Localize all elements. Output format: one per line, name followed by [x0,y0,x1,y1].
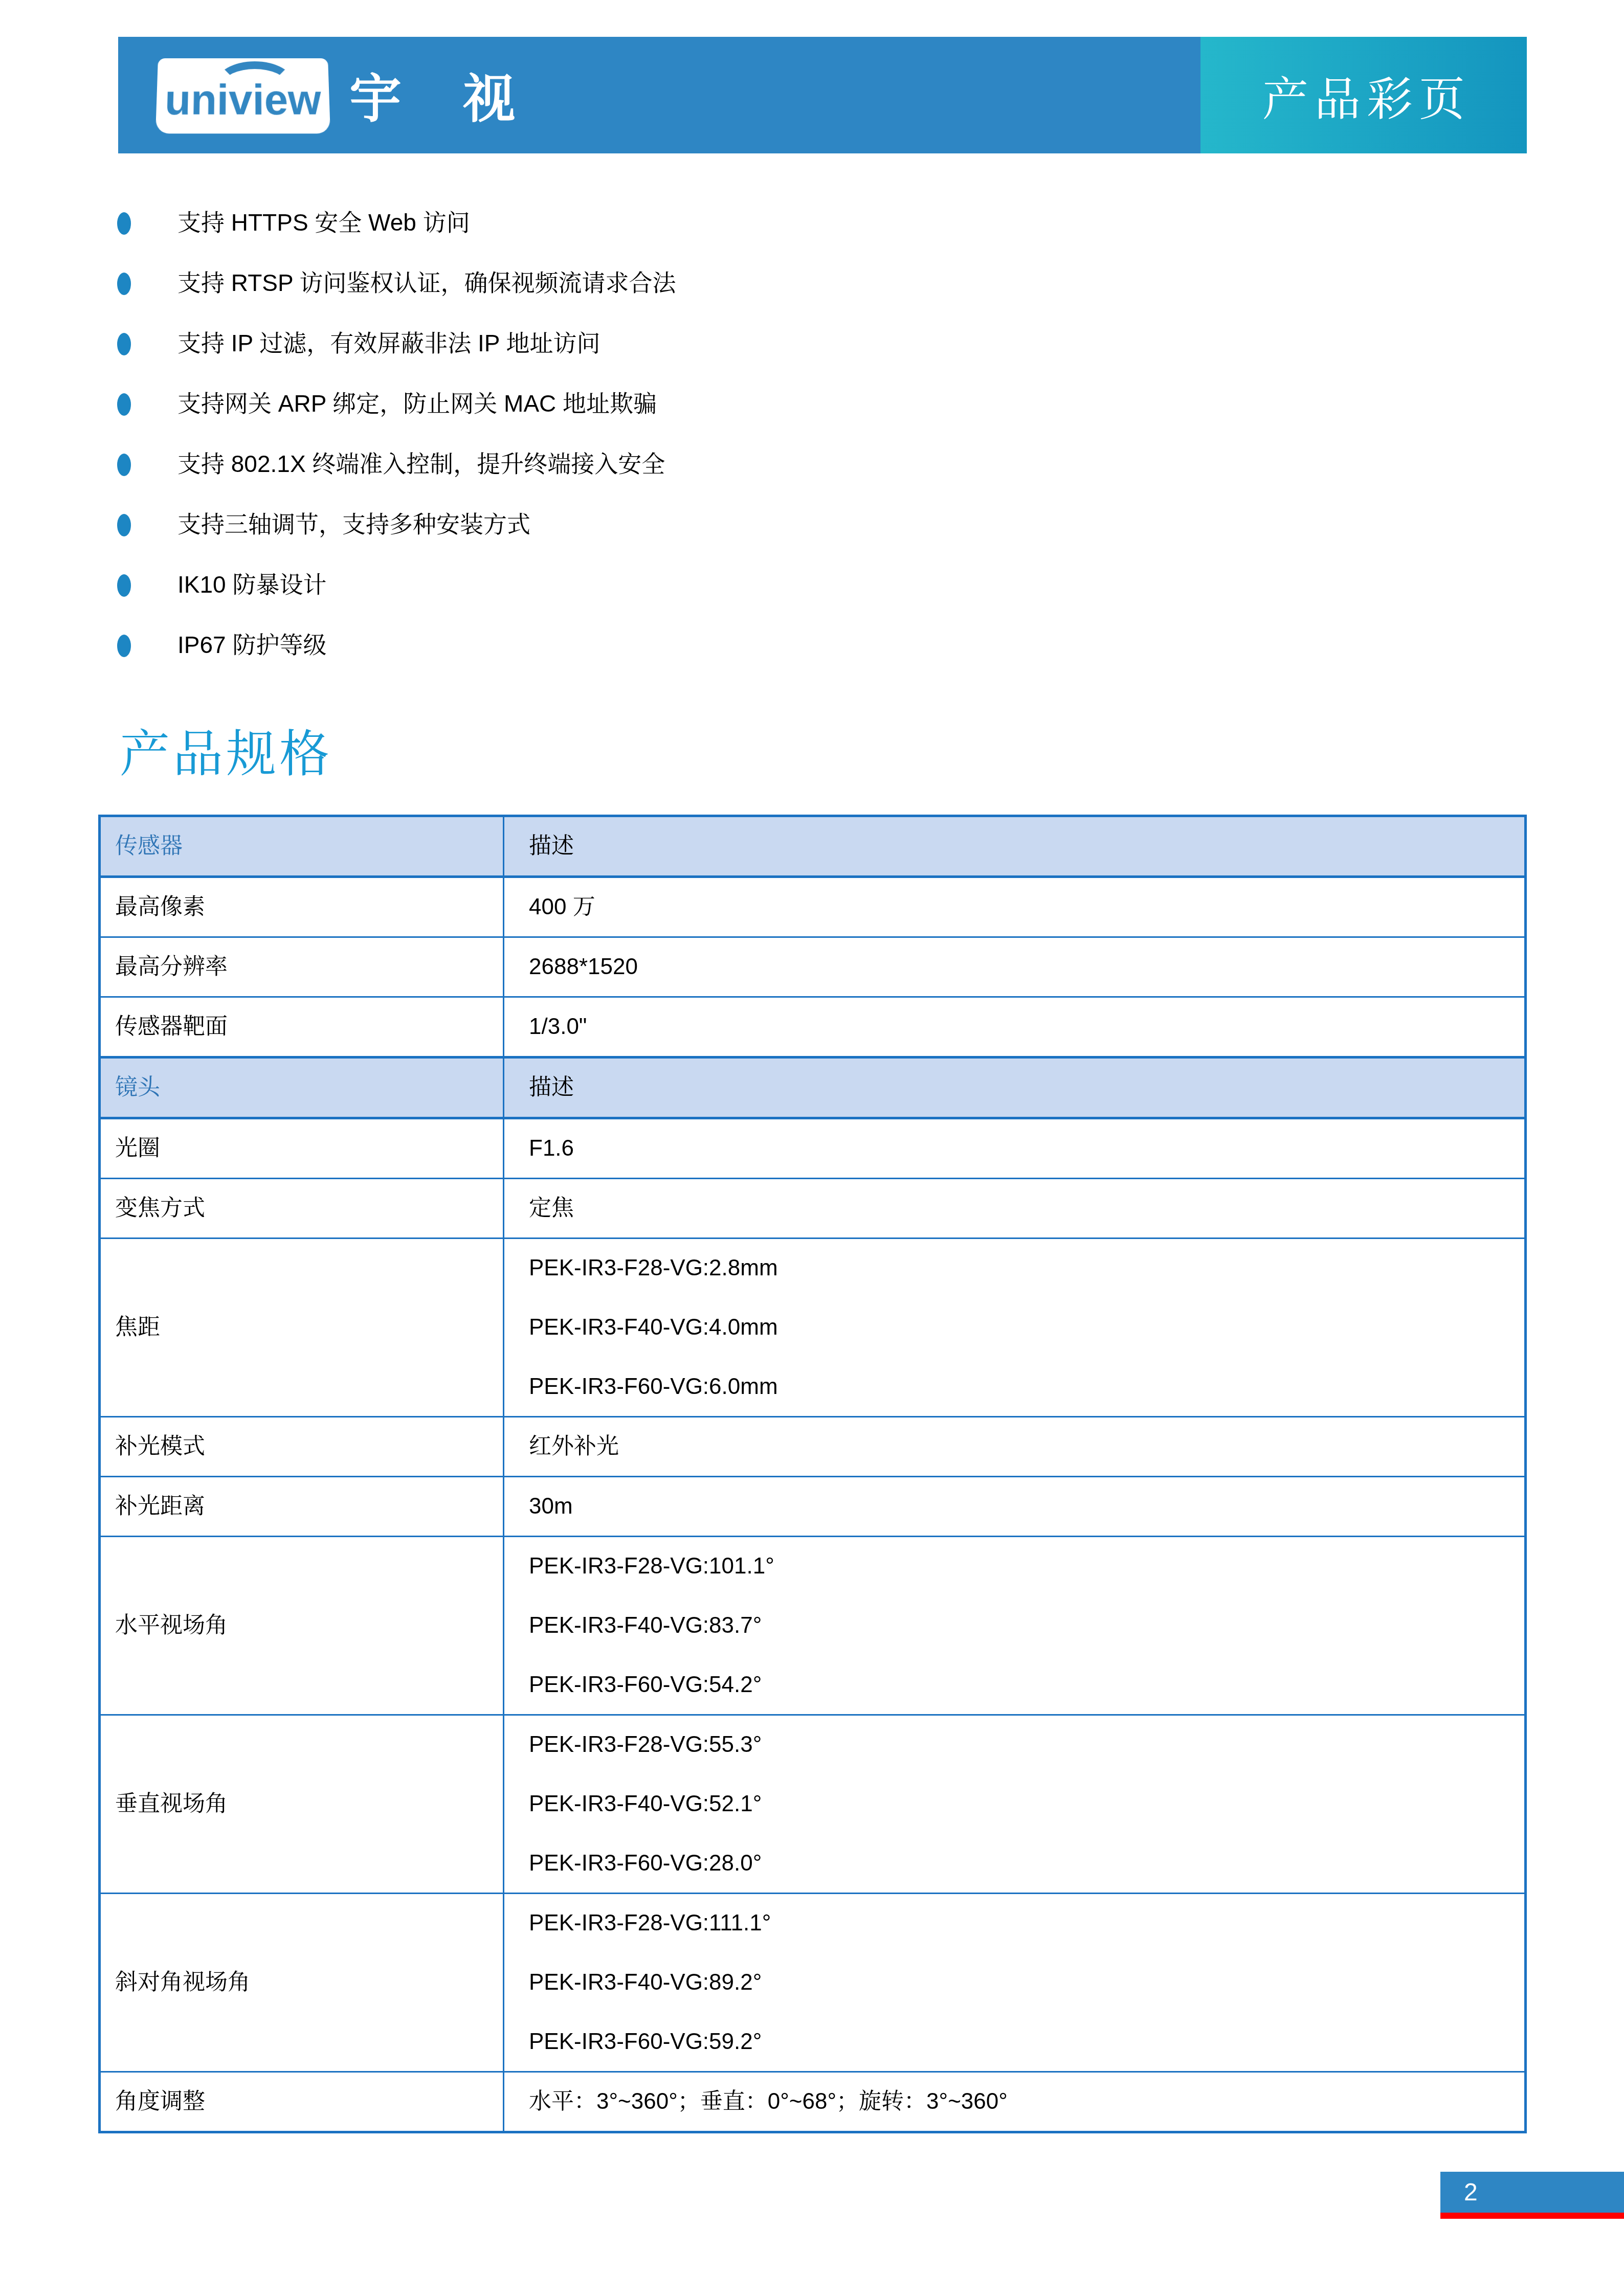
feature-text: 支持三轴调节，支持多种安装方式 [177,511,530,537]
feature-item: 支持 IP 过滤，有效屏蔽非法 IP 地址访问 [117,329,676,357]
bullet-icon [117,212,131,235]
spec-label-cell: 水平视场角 [100,1537,504,1715]
spec-label-cell: 焦距 [100,1239,504,1417]
spec-label-cell: 最高分辨率 [100,937,504,997]
feature-text: 支持网关 ARP 绑定，防止网关 MAC 地址欺骗 [177,390,657,417]
spec-label-cell: 镜头 [100,1057,504,1118]
spec-value-cell: 1/3.0" [504,997,1526,1057]
spec-value-cell: PEK-IR3-F28-VG:101.1°PEK-IR3-F40-VG:83.7… [504,1537,1526,1715]
feature-item: IP67 防护等级 [117,631,676,659]
feature-text: IK10 防暴设计 [177,571,326,598]
spec-value-cell: 红外补光 [504,1417,1526,1477]
product-flyer-ribbon: 产品彩页 [1200,37,1527,153]
ribbon-label: 产品彩页 [1256,62,1471,128]
spec-row: 焦距PEK-IR3-F28-VG:2.8mmPEK-IR3-F40-VG:4.0… [100,1239,1526,1417]
spec-value-line: PEK-IR3-F60-VG:28.0° [529,1850,1514,1877]
spec-value-line: 定焦 [529,1195,1514,1222]
bullet-icon [117,273,131,295]
spec-value-cell: 30m [504,1477,1526,1537]
section-title: 产品规格 [120,714,332,786]
spec-row: 斜对角视场角PEK-IR3-F28-VG:111.1°PEK-IR3-F40-V… [100,1894,1526,2072]
spec-value-line: PEK-IR3-F60-VG:54.2° [529,1672,1514,1698]
feature-item: 支持网关 ARP 绑定，防止网关 MAC 地址欺骗 [117,390,676,417]
spec-value-cell: 2688*1520 [504,937,1526,997]
spec-label-cell: 最高像素 [100,877,504,937]
logo-cjk-text: 宇 视 [349,58,539,132]
spec-row: 最高像素400 万 [100,877,1526,937]
feature-list: 支持 HTTPS 安全 Web 访问支持 RTSP 访问鉴权认证，确保视频流请求… [117,209,676,691]
spec-value-cell: PEK-IR3-F28-VG:111.1°PEK-IR3-F40-VG:89.2… [504,1894,1526,2072]
spec-label-cell: 补光距离 [100,1477,504,1537]
page-number: 2 [1464,2178,1478,2207]
feature-item: 支持三轴调节，支持多种安装方式 [117,510,676,538]
spec-row: 垂直视场角PEK-IR3-F28-VG:55.3°PEK-IR3-F40-VG:… [100,1715,1526,1894]
spec-label-cell: 变焦方式 [100,1179,504,1239]
spec-row: 变焦方式定焦 [100,1179,1526,1239]
feature-text: 支持 RTSP 访问鉴权认证，确保视频流请求合法 [177,269,676,296]
brand-lockup: uniview 宇 视 [158,58,539,132]
spec-label-cell: 补光模式 [100,1417,504,1477]
spec-row: 光圈F1.6 [100,1118,1526,1179]
spec-row: 补光模式红外补光 [100,1417,1526,1477]
spec-label-cell: 角度调整 [100,2072,504,2132]
spec-value-line: 400 万 [529,894,1514,920]
spec-value-line: 水平：3°~360°；垂直：0°~68°；旋转：3°~360° [529,2088,1514,2115]
logo-arc-icon [216,61,294,106]
uniview-logo: uniview [155,58,330,133]
spec-value-line: 1/3.0" [529,1014,1514,1040]
spec-value-cell: 定焦 [504,1179,1526,1239]
spec-value-cell: PEK-IR3-F28-VG:55.3°PEK-IR3-F40-VG:52.1°… [504,1715,1526,1894]
spec-value-line: PEK-IR3-F40-VG:52.1° [529,1791,1514,1817]
spec-row: 角度调整水平：3°~360°；垂直：0°~68°；旋转：3°~360° [100,2072,1526,2132]
bullet-icon [117,454,131,476]
spec-label-cell: 光圈 [100,1118,504,1179]
spec-value-cell: 400 万 [504,877,1526,937]
spec-value-cell: 描述 [504,1057,1526,1118]
spec-value-line: PEK-IR3-F60-VG:6.0mm [529,1374,1514,1400]
spec-value-line: 红外补光 [529,1433,1514,1460]
spec-table: 传感器描述最高像素400 万最高分辨率2688*1520传感器靶面1/3.0"镜… [98,815,1527,2133]
spec-row: 补光距离30m [100,1477,1526,1537]
bullet-icon [117,393,131,416]
spec-value-line: 2688*1520 [529,954,1514,980]
spec-value-line: PEK-IR3-F28-VG:111.1° [529,1910,1514,1937]
feature-text: 支持 HTTPS 安全 Web 访问 [177,209,470,236]
header-bar: uniview 宇 视 产品彩页 [118,37,1527,153]
feature-text: IP67 防护等级 [177,632,326,658]
spec-row: 水平视场角PEK-IR3-F28-VG:101.1°PEK-IR3-F40-VG… [100,1537,1526,1715]
datasheet-page: uniview 宇 视 产品彩页 支持 HTTPS 安全 Web 访问支持 RT… [0,0,1624,2296]
spec-value-line: 描述 [529,833,1514,860]
feature-item: IK10 防暴设计 [117,571,676,598]
spec-value-line: F1.6 [529,1135,1514,1162]
bullet-icon [117,635,131,657]
spec-value-cell: 描述 [504,816,1526,877]
feature-item: 支持 802.1X 终端准入控制，提升终端接入安全 [117,450,676,478]
feature-item: 支持 HTTPS 安全 Web 访问 [117,209,676,236]
spec-label-cell: 传感器 [100,816,504,877]
bullet-icon [117,514,131,536]
red-strip [1440,2213,1624,2219]
spec-row: 传感器靶面1/3.0" [100,997,1526,1057]
spec-label-cell: 垂直视场角 [100,1715,504,1894]
spec-value-cell: 水平：3°~360°；垂直：0°~68°；旋转：3°~360° [504,2072,1526,2132]
spec-value-line: 30m [529,1493,1514,1520]
spec-value-line: PEK-IR3-F28-VG:2.8mm [529,1255,1514,1281]
spec-label-cell: 传感器靶面 [100,997,504,1057]
spec-section-row: 传感器描述 [100,816,1526,877]
spec-label-cell: 斜对角视场角 [100,1894,504,2072]
spec-value-line: PEK-IR3-F40-VG:4.0mm [529,1314,1514,1341]
spec-value-cell: F1.6 [504,1118,1526,1179]
feature-text: 支持 IP 过滤，有效屏蔽非法 IP 地址访问 [177,330,600,356]
feature-text: 支持 802.1X 终端准入控制，提升终端接入安全 [177,451,665,477]
bullet-icon [117,333,131,355]
spec-value-line: 描述 [529,1074,1514,1101]
spec-value-line: PEK-IR3-F60-VG:59.2° [529,2029,1514,2055]
spec-table-body: 传感器描述最高像素400 万最高分辨率2688*1520传感器靶面1/3.0"镜… [100,816,1526,2132]
spec-row: 最高分辨率2688*1520 [100,937,1526,997]
page-number-badge: 2 [1440,2172,1624,2213]
spec-value-cell: PEK-IR3-F28-VG:2.8mmPEK-IR3-F40-VG:4.0mm… [504,1239,1526,1417]
spec-value-line: PEK-IR3-F28-VG:101.1° [529,1553,1514,1580]
spec-section-row: 镜头描述 [100,1057,1526,1118]
spec-value-line: PEK-IR3-F40-VG:83.7° [529,1612,1514,1639]
spec-value-line: PEK-IR3-F28-VG:55.3° [529,1731,1514,1758]
spec-value-line: PEK-IR3-F40-VG:89.2° [529,1969,1514,1996]
feature-item: 支持 RTSP 访问鉴权认证，确保视频流请求合法 [117,269,676,297]
bullet-icon [117,574,131,597]
